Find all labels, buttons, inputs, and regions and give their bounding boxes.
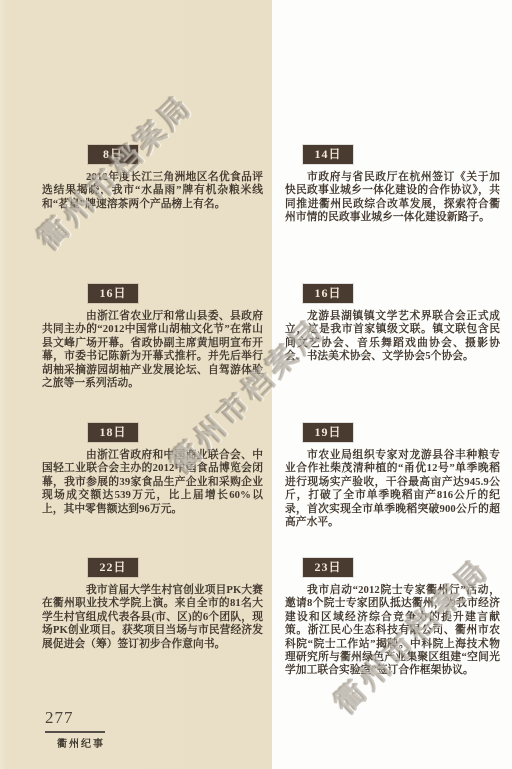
entry-day-8: 8日 2012年度长江三角洲地区名优食品评选结果揭晓，我市“水晶雨”牌有机杂粮米… <box>42 145 263 211</box>
entry-text: 市政府与省民政厅在杭州签订《关于加快民政事业城乡一体化建设的合作协议》，共同推进… <box>285 171 500 225</box>
entry-text: 市农业局组织专家对龙游县谷丰种粮专业合作社柴茂清种植的“甬优12号”单季晚稻进行… <box>285 449 500 529</box>
entry-text: 由浙江省农业厅和常山县委、县政府共同主办的“2012中国常山胡柚文化节”在常山县… <box>42 310 263 390</box>
entry-day-22: 22日 我市首届大学生村官创业项目PK大赛在衢州职业技术学院上演。来自全市的81… <box>42 558 263 651</box>
entry-text: 龙游县湖镇镇文学艺术界联合会正式成立，这是我市首家镇级文联。镇文联包含民间文艺协… <box>285 310 500 364</box>
footer-section-label: 衢州纪事 <box>57 735 165 750</box>
entry-day-23: 23日 我市启动“2012院士专家衢州行”活动，邀请8个院士专家团队抵达衢州，为… <box>285 558 500 678</box>
entry-text: 我市首届大学生村官创业项目PK大赛在衢州职业技术学院上演。来自全市的81名大学生… <box>42 584 263 651</box>
footer-rule <box>45 731 105 733</box>
page-number: 277 <box>45 709 165 727</box>
entry-day-14: 14日 市政府与省民政厅在杭州签订《关于加快民政事业城乡一体化建设的合作协议》，… <box>285 145 500 225</box>
page-footer: 277 衢州纪事 <box>45 709 165 750</box>
book-page: 8日 2012年度长江三角洲地区名优食品评选结果揭晓，我市“水晶雨”牌有机杂粮米… <box>0 0 512 769</box>
date-badge: 8日 <box>88 145 138 164</box>
date-badge: 19日 <box>303 423 353 442</box>
date-badge: 14日 <box>303 145 353 164</box>
date-badge: 16日 <box>88 284 138 303</box>
entry-day-16-right: 16日 龙游县湖镇镇文学艺术界联合会正式成立，这是我市首家镇级文联。镇文联包含民… <box>285 284 500 364</box>
entry-text: 由浙江省政府和中国商业联合会、中国轻工业联合会主办的2012中国食品博览会闭幕，… <box>42 449 263 516</box>
entry-text: 2012年度长江三角洲地区名优食品评选结果揭晓，我市“水晶雨”牌有机杂粮米线和“… <box>42 171 263 211</box>
date-badge: 16日 <box>303 284 353 303</box>
entry-day-16-left: 16日 由浙江省农业厅和常山县委、县政府共同主办的“2012中国常山胡柚文化节”… <box>42 284 263 390</box>
entry-day-19: 19日 市农业局组织专家对龙游县谷丰种粮专业合作社柴茂清种植的“甬优12号”单季… <box>285 423 500 529</box>
date-badge: 22日 <box>88 558 138 577</box>
entry-text: 我市启动“2012院士专家衢州行”活动，邀请8个院士专家团队抵达衢州，为我市经济… <box>285 584 500 678</box>
date-badge: 23日 <box>303 558 353 577</box>
entry-day-18: 18日 由浙江省政府和中国商业联合会、中国轻工业联合会主办的2012中国食品博览… <box>42 423 263 516</box>
date-badge: 18日 <box>88 423 138 442</box>
